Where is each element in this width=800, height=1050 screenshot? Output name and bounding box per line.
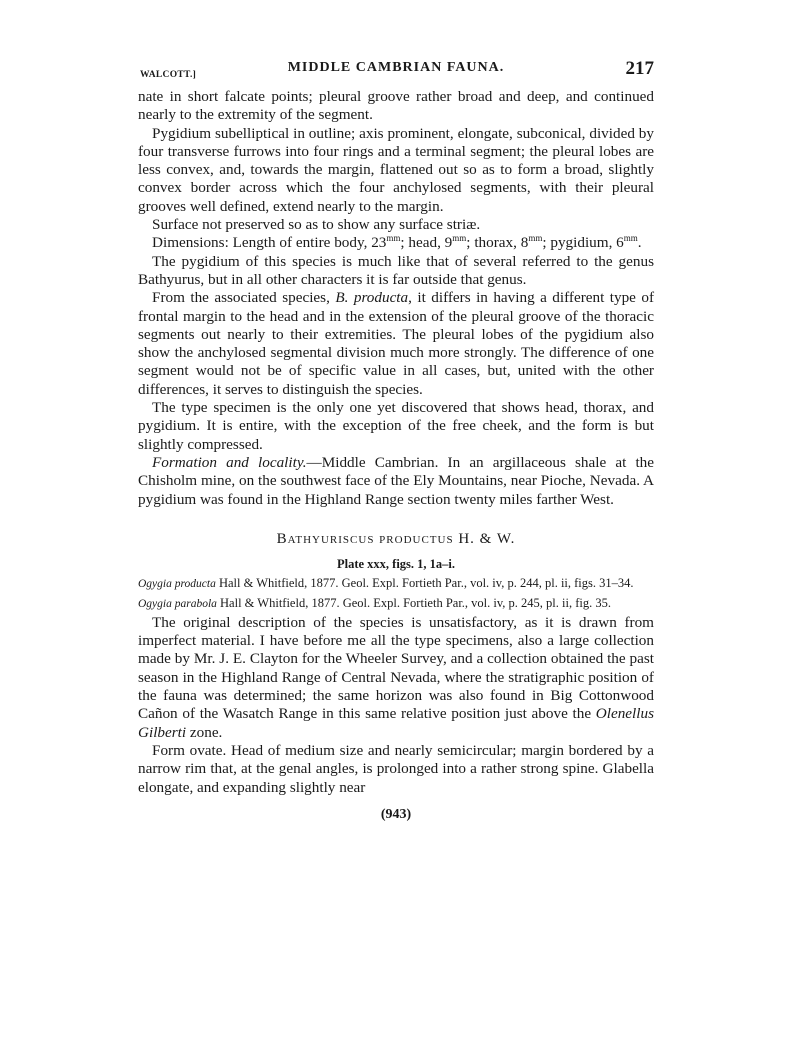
paragraph-original-description: The original description of the species … [138, 614, 654, 742]
paragraph-dimensions: Dimensions: Length of entire body, 23mm;… [138, 234, 654, 252]
paragraph-form: Form ovate. Head of medium size and near… [138, 742, 654, 797]
synonym-entry: Ogygia producta Hall & Whitfield, 1877. … [138, 576, 654, 592]
page-number: 217 [626, 58, 655, 80]
folio-number: (943) [138, 807, 654, 823]
paragraph-pygidium: Pygidium subelliptical in outline; axis … [138, 125, 654, 216]
synonym-name: Ogygia parabola [138, 598, 217, 610]
synonym-name: Ogygia producta [138, 578, 216, 590]
paragraph-text: From the associated species, [152, 289, 335, 306]
running-header: WALCOTT.] MIDDLE CAMBRIAN FAUNA. 217 [138, 58, 654, 88]
dimensions-text: ; head, 9 [400, 234, 452, 251]
running-title: MIDDLE CAMBRIAN FAUNA. [138, 60, 654, 76]
paragraph-continuation: nate in short falcate points; pleural gr… [138, 88, 654, 125]
unit-mm: mm [452, 233, 466, 243]
plate-reference: Plate xxx, figs. 1, 1a–i. [138, 557, 654, 572]
paragraph-comparison-producta: From the associated species, B. producta… [138, 289, 654, 399]
paragraph-text: The original description of the species … [138, 614, 654, 722]
paragraph-type-specimen: The type specimen is the only one yet di… [138, 399, 654, 454]
section-label: Formation and locality. [152, 454, 307, 471]
synonym-entry: Ogygia parabola Hall & Whitfield, 1877. … [138, 596, 654, 612]
document-page: WALCOTT.] MIDDLE CAMBRIAN FAUNA. 217 nat… [138, 58, 654, 823]
dimensions-text: Dimensions: Length of entire body, 23 [152, 234, 386, 251]
synonym-citation: Hall & Whitfield, 1877. Geol. Expl. Fort… [217, 596, 611, 610]
dimensions-text: ; pygidium, 6 [542, 234, 623, 251]
paragraph-comparison-bathyurus: The pygidium of this species is much lik… [138, 253, 654, 290]
dimensions-text: ; thorax, 8 [466, 234, 528, 251]
paragraph-formation-locality: Formation and locality.—Middle Cambrian.… [138, 454, 654, 509]
synonym-citation: Hall & Whitfield, 1877. Geol. Expl. Fort… [216, 576, 634, 590]
paragraph-surface: Surface not preserved so as to show any … [138, 216, 654, 234]
unit-mm: mm [624, 233, 638, 243]
paragraph-text: zone. [186, 724, 222, 741]
species-name: B. producta [335, 289, 408, 306]
unit-mm: mm [386, 233, 400, 243]
species-heading: Bathyuriscus productus H. & W. [138, 531, 654, 548]
dimensions-text: . [638, 234, 642, 251]
unit-mm: mm [528, 233, 542, 243]
